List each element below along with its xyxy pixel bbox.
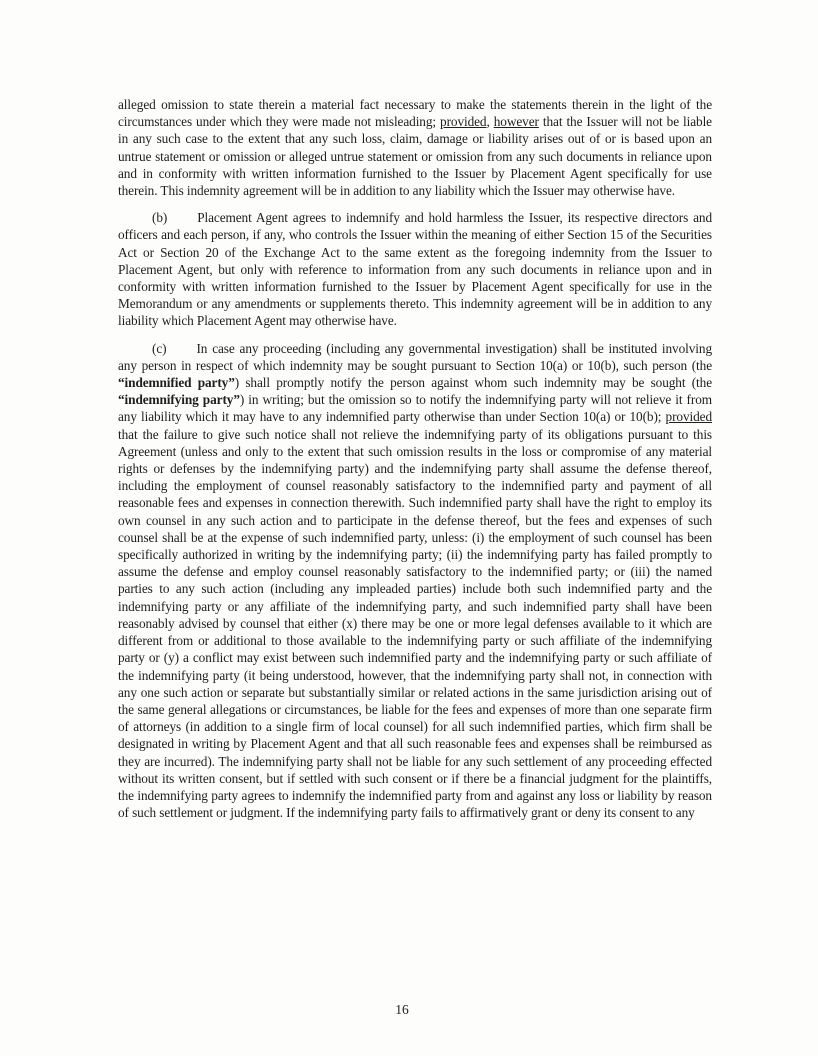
text-run: ) shall promptly notify the person again…: [235, 375, 712, 390]
paragraph-label: (c): [152, 341, 166, 356]
text-run: “indemnified party”: [118, 375, 235, 390]
text-run: ,: [486, 114, 493, 129]
paragraph: (c)In case any proceeding (including any…: [118, 340, 712, 822]
paragraph-label: (b): [152, 210, 167, 225]
text-run: provided: [666, 409, 712, 424]
text-run: that the failure to give such notice sha…: [118, 427, 712, 820]
paragraph: alleged omission to state therein a mate…: [118, 96, 712, 199]
text-run: In case any proceeding (including any go…: [118, 341, 712, 373]
document-page: alleged omission to state therein a mate…: [0, 0, 818, 1056]
text-run: however: [494, 114, 539, 129]
text-run: Placement Agent agrees to indemnify and …: [118, 210, 712, 328]
text-run: “indemnifying party”: [118, 392, 240, 407]
text-run: provided: [440, 114, 486, 129]
body-text: alleged omission to state therein a mate…: [118, 96, 712, 831]
page-number: 16: [0, 1002, 804, 1018]
paragraph: (b)Placement Agent agrees to indemnify a…: [118, 209, 712, 329]
